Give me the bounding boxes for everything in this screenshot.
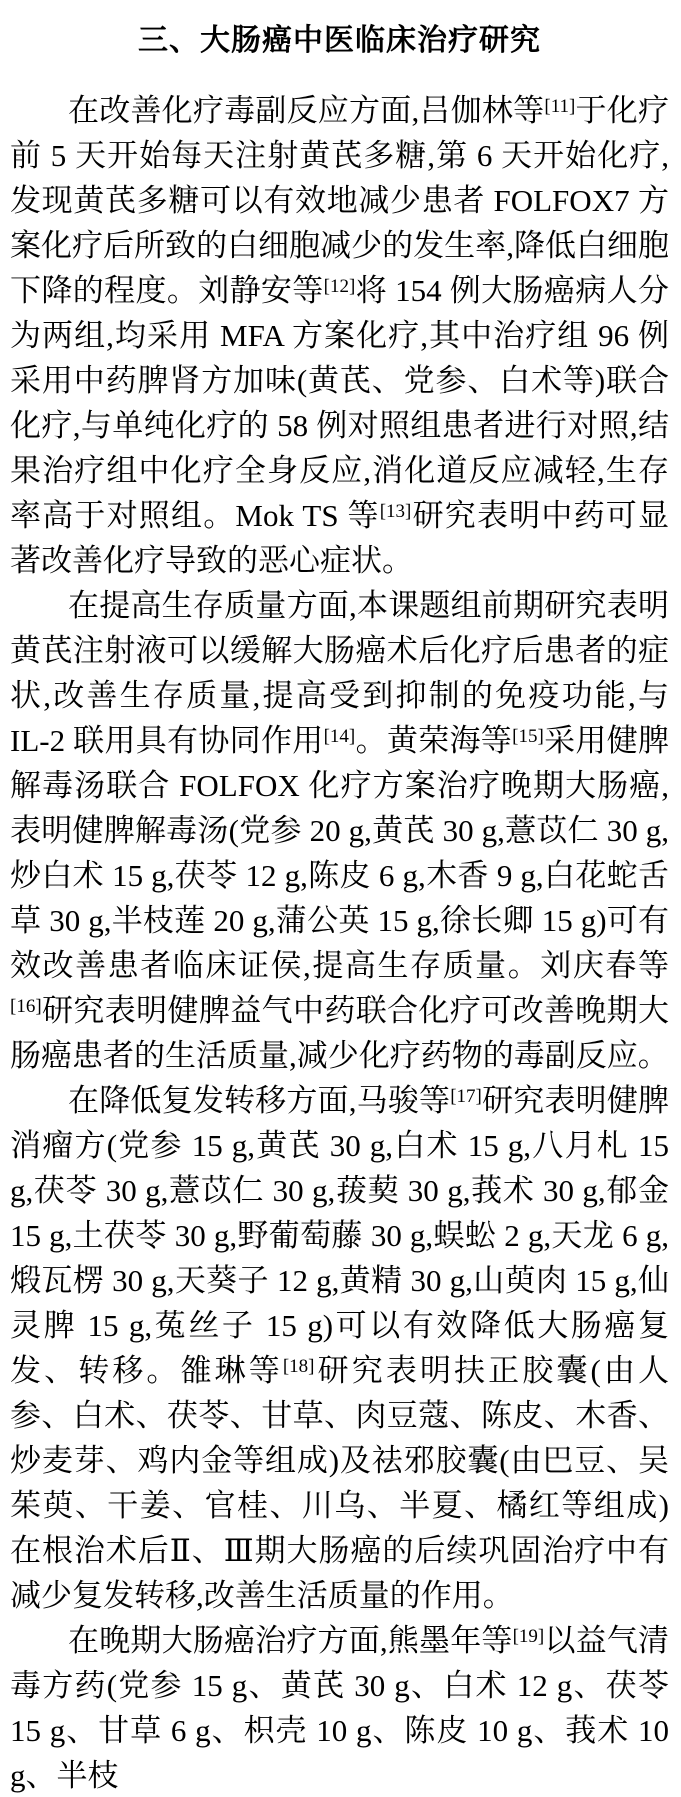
section-title: 三、大肠癌中医临床治疗研究 — [10, 24, 669, 58]
paragraph: 在降低复发转移方面,马骏等[17]研究表明健脾消瘤方(党参 15 g,黄芪 30… — [10, 1078, 669, 1618]
reference-marker: [11] — [544, 96, 575, 117]
paragraph: 在提高生存质量方面,本课题组前期研究表明黄芪注射液可以缓解大肠癌术后化疗后患者的… — [10, 583, 669, 1078]
reference-marker: [15] — [512, 726, 544, 747]
reference-marker: [17] — [450, 1086, 482, 1107]
paragraph: 在晚期大肠癌治疗方面,熊墨年等[19]以益气清毒方药(党参 15 g、黄芪 30… — [10, 1618, 669, 1797]
reference-marker: [16] — [10, 996, 42, 1017]
reference-marker: [19] — [513, 1626, 545, 1647]
document-page: 三、大肠癌中医临床治疗研究 在改善化疗毒副反应方面,吕伽林等[11]于化疗前 5… — [0, 0, 681, 1797]
reference-marker: [14] — [324, 726, 356, 747]
reference-marker: [13] — [380, 501, 412, 522]
paragraph: 在改善化疗毒副反应方面,吕伽林等[11]于化疗前 5 天开始每天注射黄芪多糖,第… — [10, 88, 669, 583]
paragraphs: 在改善化疗毒副反应方面,吕伽林等[11]于化疗前 5 天开始每天注射黄芪多糖,第… — [10, 88, 669, 1797]
reference-marker: [18] — [283, 1356, 315, 1377]
reference-marker: [12] — [324, 276, 356, 297]
